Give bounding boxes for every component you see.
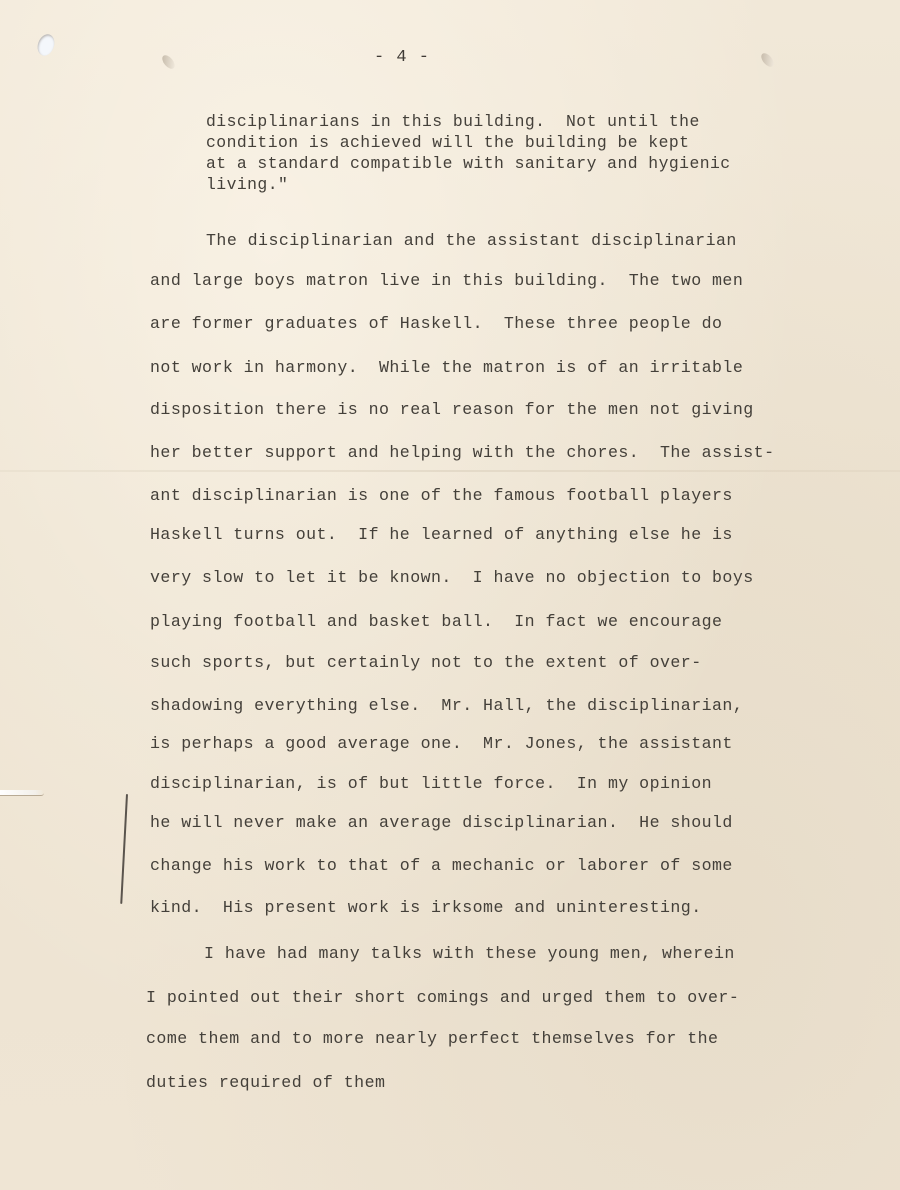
typed-document-page: - 4 - disciplinarians in this building. …: [0, 0, 900, 1190]
text-line: disposition there is no real reason for …: [150, 400, 754, 419]
text-line: I have had many talks with these young m…: [204, 944, 735, 963]
text-line: disciplinarians in this building. Not un…: [206, 112, 700, 131]
staple-mark-icon: [160, 53, 177, 71]
text-line: very slow to let it be known. I have no …: [150, 568, 754, 587]
text-line: living.": [206, 175, 288, 194]
page-number: - 4 -: [374, 48, 430, 67]
text-line: and large boys matron live in this build…: [150, 271, 743, 290]
text-line: disciplinarian, is of but little force. …: [150, 774, 712, 793]
text-line: shadowing everything else. Mr. Hall, the…: [150, 696, 743, 715]
paper-tear-mark: [0, 790, 44, 796]
text-line: her better support and helping with the …: [150, 443, 774, 462]
text-line: are former graduates of Haskell. These t…: [150, 314, 722, 333]
text-line: come them and to more nearly perfect the…: [146, 1029, 718, 1048]
text-line: he will never make an average disciplina…: [150, 813, 733, 832]
text-line: kind. His present work is irksome and un…: [150, 898, 702, 917]
text-line: ant disciplinarian is one of the famous …: [150, 486, 733, 505]
text-line: change his work to that of a mechanic or…: [150, 856, 733, 875]
margin-pencil-line: [120, 794, 128, 904]
text-line: not work in harmony. While the matron is…: [150, 358, 743, 377]
paper-fold-line: [0, 470, 900, 472]
text-line: condition is achieved will the building …: [206, 133, 689, 152]
text-line: I pointed out their short comings and ur…: [146, 988, 739, 1007]
text-line: duties required of them: [146, 1073, 385, 1092]
text-line: such sports, but certainly not to the ex…: [150, 653, 702, 672]
staple-mark-icon: [759, 51, 776, 69]
text-line: at a standard compatible with sanitary a…: [206, 154, 731, 173]
text-line: Haskell turns out. If he learned of anyt…: [150, 525, 733, 544]
text-line: playing football and basket ball. In fac…: [150, 612, 722, 631]
punch-hole-icon: [35, 32, 58, 58]
text-line: The disciplinarian and the assistant dis…: [206, 231, 737, 250]
text-line: is perhaps a good average one. Mr. Jones…: [150, 734, 733, 753]
